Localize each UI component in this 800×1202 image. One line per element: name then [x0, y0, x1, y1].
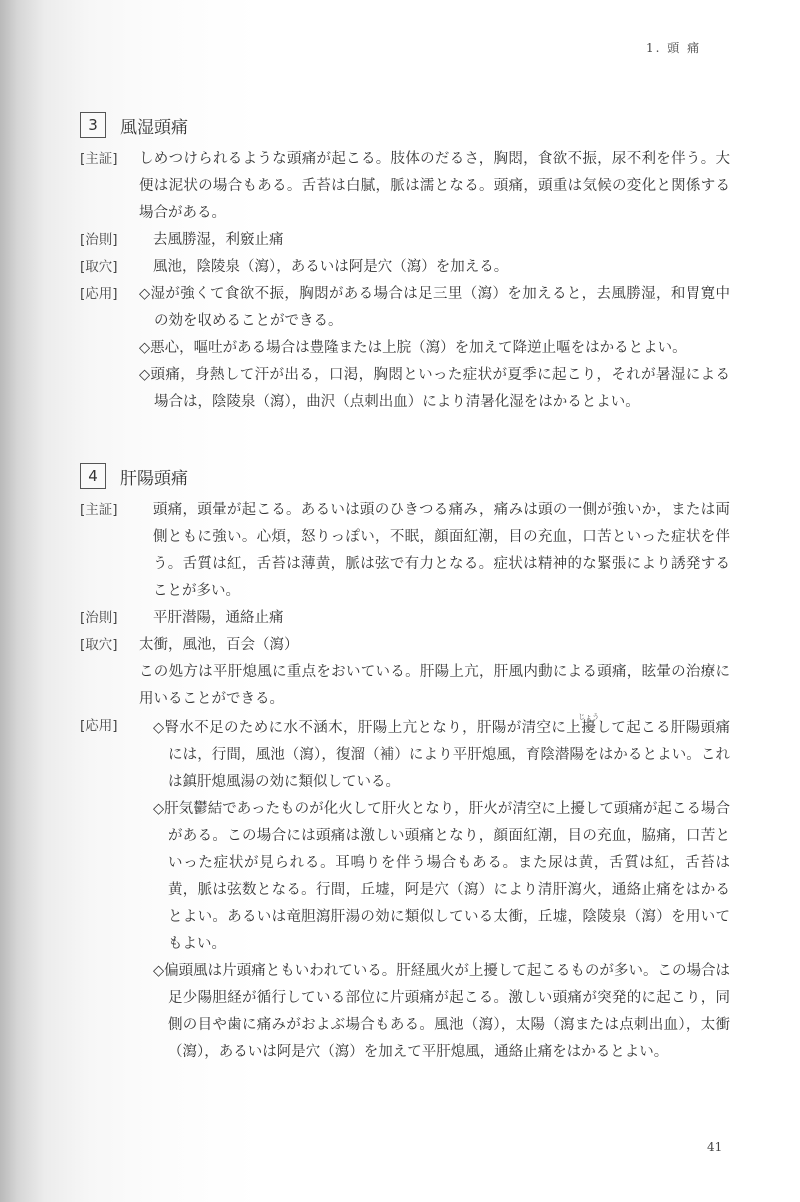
entry-treatment-principle: [治則] 平肝潜陽，通絡止痛 — [80, 605, 730, 632]
entry-label: [応用] — [80, 713, 153, 1066]
application-text-before: ◇腎水不足のために水不涵木，肝陽上亢となり，肝陽が清空に上 — [153, 720, 581, 736]
entry-label: [取穴] — [80, 632, 139, 713]
section-3-body: [主証] しめつけられるような頭痛が起こる。肢体のだるさ，胸悶，食欲不振，尿不利… — [80, 146, 730, 416]
application-item: ◇頭痛，身熱して汗が出る，口渇，胸悶といった症状が夏季に起こり，それが暑湿による… — [139, 362, 730, 416]
section-number-box: 3 — [80, 112, 106, 138]
section-heading-4: 4 肝陽頭痛 — [80, 463, 188, 489]
section-title: 肝陽頭痛 — [120, 464, 188, 489]
entry-application: [応用] ◇湿が強くて食欲不振，胸悶がある場合は足三里（瀉）を加えると，去風勝湿… — [80, 281, 730, 416]
entry-label: [取穴] — [80, 254, 153, 281]
entry-application: [応用] ◇腎水不足のために水不涵木，肝陽上亢となり，肝陽が清空に上擾じょうして… — [80, 713, 730, 1066]
application-item: ◇腎水不足のために水不涵木，肝陽上亢となり，肝陽が清空に上擾じょうして起こる肝陽… — [153, 713, 730, 796]
entry-label: [主証] — [80, 146, 139, 227]
application-item: ◇偏頭風は片頭痛ともいわれている。肝経風火が上擾して起こるものが多い。この場合は… — [153, 958, 730, 1066]
entry-text: 風池，陰陵泉（瀉），あるいは阿是穴（瀉）を加える。 — [153, 254, 730, 281]
entry-label: [治則] — [80, 605, 153, 632]
running-head: 1. 頭 痛 — [646, 39, 701, 56]
entry-acupoints: [取穴] 風池，陰陵泉（瀉），あるいは阿是穴（瀉）を加える。 — [80, 254, 730, 281]
section-4-body: [主証] 頭痛，頭暈が起こる。あるいは頭のひきつる痛み，痛みは頭の一側が強いか，… — [80, 497, 730, 1066]
entry-text: 太衝，風池，百会（瀉） — [139, 632, 730, 659]
entry-text: 去風勝湿，利竅止痛 — [153, 227, 730, 254]
entry-main-symptoms: [主証] 頭痛，頭暈が起こる。あるいは頭のひきつる痛み，痛みは頭の一側が強いか，… — [80, 497, 730, 605]
application-item: ◇肝気鬱結であったものが化火して肝火となり，肝火が清空に上擾して頭痛が起こる場合… — [153, 796, 730, 958]
application-item: ◇湿が強くて食欲不振，胸悶がある場合は足三里（瀉）を加えると，去風勝湿，和胃寛中… — [139, 281, 730, 335]
ruby-annotation: 擾じょう — [581, 720, 596, 736]
entry-main-symptoms: [主証] しめつけられるような頭痛が起こる。肢体のだるさ，胸悶，食欲不振，尿不利… — [80, 146, 730, 227]
entry-text: 頭痛，頭暈が起こる。あるいは頭のひきつる痛み，痛みは頭の一側が強いか，または両側… — [153, 497, 730, 605]
section-number-box: 4 — [80, 463, 106, 489]
entry-label: [応用] — [80, 281, 139, 416]
section-heading-3: 3 風湿頭痛 — [80, 112, 188, 138]
application-item: ◇悪心，嘔吐がある場合は豊隆または上脘（瀉）を加えて降逆止嘔をはかるとよい。 — [139, 335, 730, 362]
entry-treatment-principle: [治則] 去風勝湿，利竅止痛 — [80, 227, 730, 254]
entry-label: [治則] — [80, 227, 153, 254]
entry-label: [主証] — [80, 497, 153, 605]
entry-text: しめつけられるような頭痛が起こる。肢体のだるさ，胸悶，食欲不振，尿不利を伴う。大… — [139, 146, 730, 227]
entry-text: 平肝潜陽，通絡止痛 — [153, 605, 730, 632]
page-number: 41 — [707, 1140, 722, 1154]
entry-acupoints: [取穴] 太衝，風池，百会（瀉） この処方は平肝熄風に重点をおいている。肝陽上亢… — [80, 632, 730, 713]
acupoint-note: この処方は平肝熄風に重点をおいている。肝陽上亢，肝風内動による頭痛，眩暈の治療に… — [139, 659, 730, 713]
section-title: 風湿頭痛 — [120, 113, 188, 138]
